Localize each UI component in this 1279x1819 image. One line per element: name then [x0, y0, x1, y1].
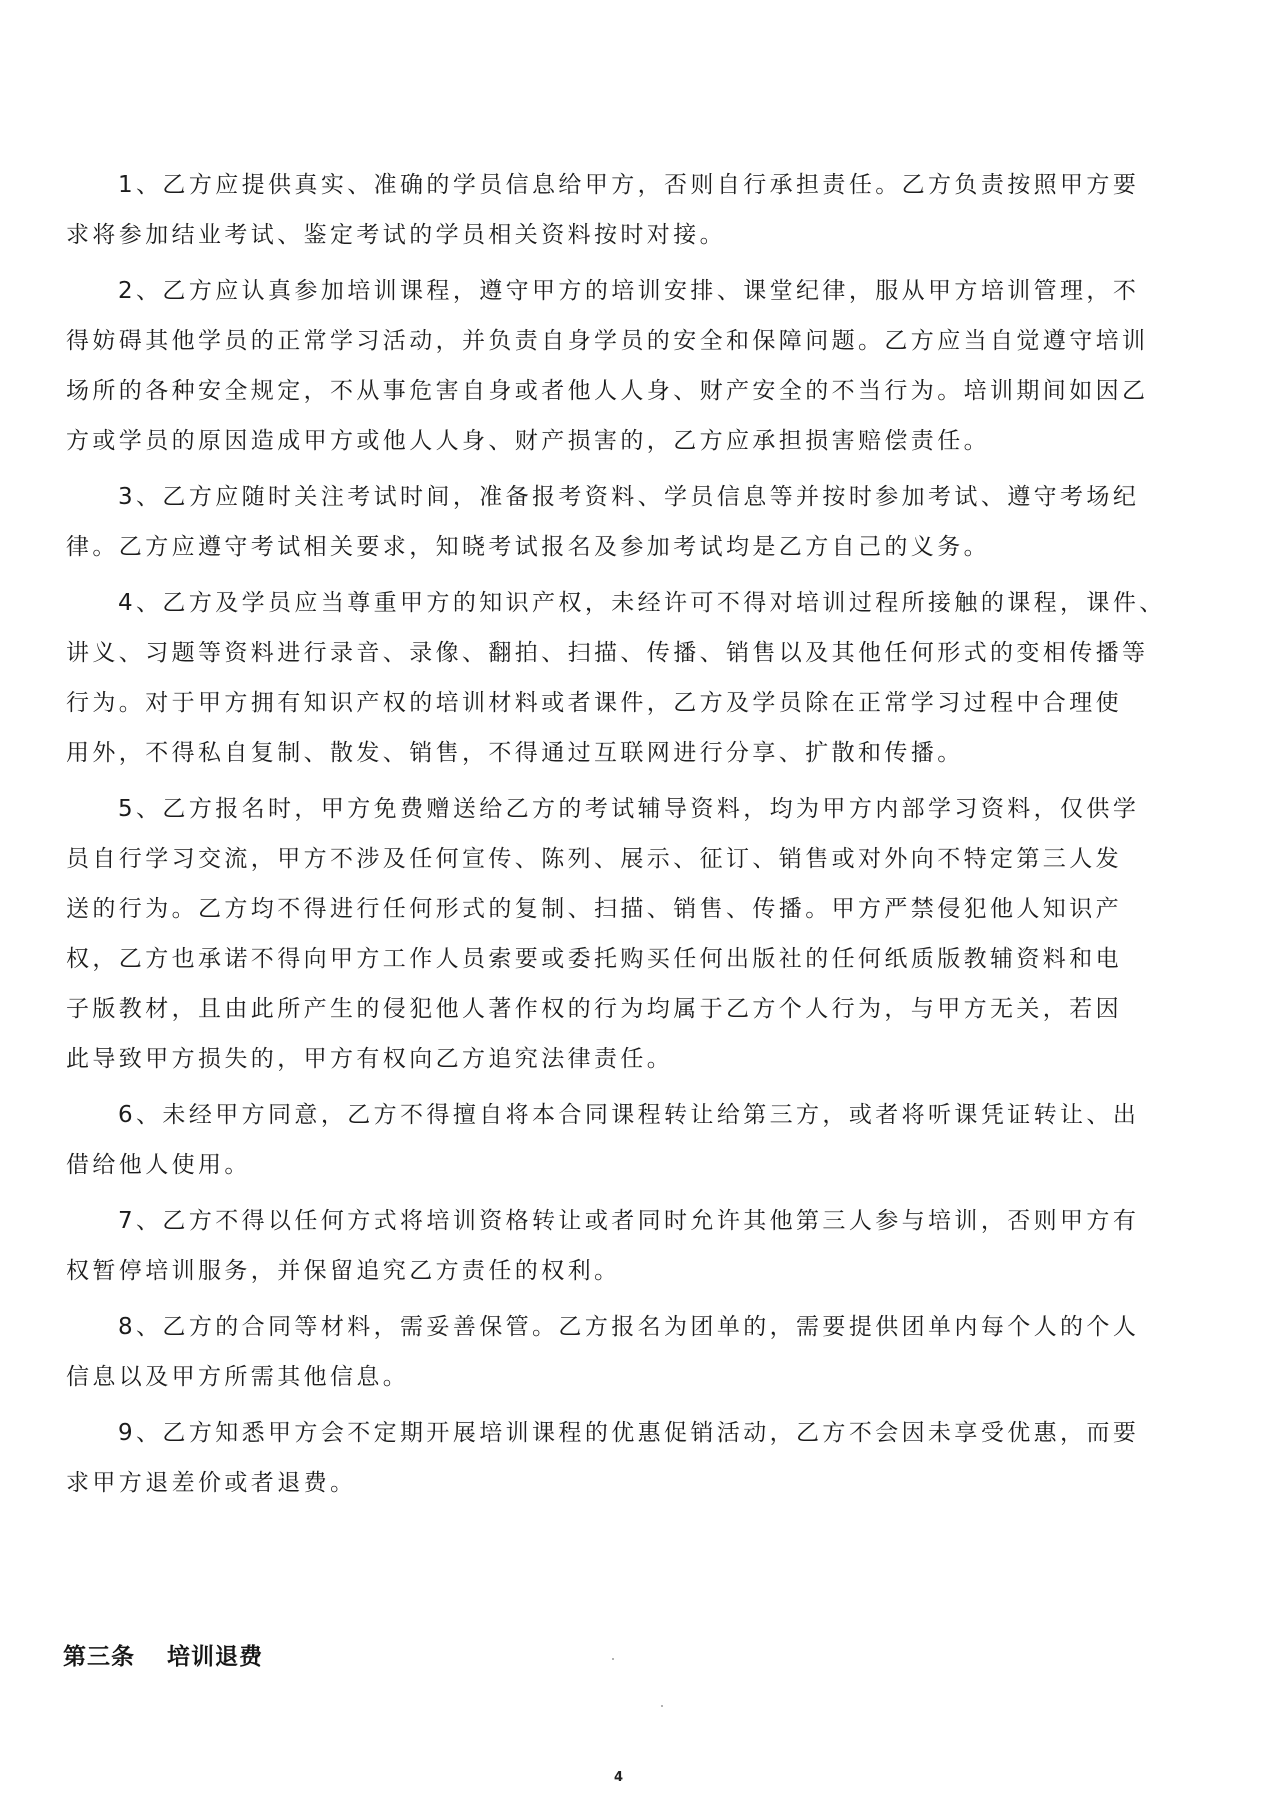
- clause-line: 4、乙方及学员应当尊重甲方的知识产权，未经许可不得对培训过程所接触的课程，课件、: [66, 578, 1156, 628]
- scan-speck: [612, 1658, 614, 1660]
- section-title: 培训退费: [167, 1644, 263, 1670]
- clause-line: 求将参加结业考试、鉴定考试的学员相关资料按时对接。: [66, 210, 1156, 260]
- clause-line: 场所的各种安全规定，不从事危害自身或者他人人身、财产安全的不当行为。培训期间如因…: [66, 366, 1156, 416]
- clause-line: 权暂停培训服务，并保留追究乙方责任的权利。: [66, 1246, 1156, 1296]
- clause-line: 借给他人使用。: [66, 1140, 1156, 1190]
- clause-1: 1、乙方应提供真实、准确的学员信息给甲方，否则自行承担责任。乙方负责按照甲方要 …: [66, 160, 1156, 260]
- clause-6: 6、未经甲方同意，乙方不得擅自将本合同课程转让给第三方，或者将听课凭证转让、出 …: [66, 1090, 1156, 1190]
- page-number: 4: [614, 1770, 623, 1785]
- document-page: 1、乙方应提供真实、准确的学员信息给甲方，否则自行承担责任。乙方负责按照甲方要 …: [0, 0, 1279, 1819]
- clause-line: 5、乙方报名时，甲方免费赠送给乙方的考试辅导资料，均为甲方内部学习资料，仅供学: [66, 784, 1156, 834]
- clause-2: 2、乙方应认真参加培训课程，遵守甲方的培训安排、课堂纪律，服从甲方培训管理，不 …: [66, 266, 1156, 466]
- clause-line: 得妨碍其他学员的正常学习活动，并负责自身学员的安全和保障问题。乙方应当自觉遵守培…: [66, 316, 1156, 366]
- clause-line: 用外，不得私自复制、散发、销售，不得通过互联网进行分享、扩散和传播。: [66, 728, 1156, 778]
- clause-line: 7、乙方不得以任何方式将培训资格转让或者同时允许其他第三人参与培训，否则甲方有: [66, 1196, 1156, 1246]
- clause-line: 方或学员的原因造成甲方或他人人身、财产损害的，乙方应承担损害赔偿责任。: [66, 416, 1156, 466]
- clause-line: 员自行学习交流，甲方不涉及任何宣传、陈列、展示、征订、销售或对外向不特定第三人发: [66, 834, 1156, 884]
- clause-line: 信息以及甲方所需其他信息。: [66, 1352, 1156, 1402]
- clause-line: 讲义、习题等资料进行录音、录像、翻拍、扫描、传播、销售以及其他任何形式的变相传播…: [66, 628, 1156, 678]
- clause-4: 4、乙方及学员应当尊重甲方的知识产权，未经许可不得对培训过程所接触的课程，课件、…: [66, 578, 1156, 778]
- clause-line: 8、乙方的合同等材料，需妥善保管。乙方报名为团单的，需要提供团单内每个人的个人: [66, 1302, 1156, 1352]
- scan-speck: [661, 1705, 663, 1707]
- section-heading: 第三条培训退费: [63, 1638, 263, 1671]
- clause-line: 律。乙方应遵守考试相关要求，知晓考试报名及参加考试均是乙方自己的义务。: [66, 522, 1156, 572]
- clause-line: 6、未经甲方同意，乙方不得擅自将本合同课程转让给第三方，或者将听课凭证转让、出: [66, 1090, 1156, 1140]
- clause-line: 2、乙方应认真参加培训课程，遵守甲方的培训安排、课堂纪律，服从甲方培训管理，不: [66, 266, 1156, 316]
- clause-line: 3、乙方应随时关注考试时间，准备报考资料、学员信息等并按时参加考试、遵守考场纪: [66, 472, 1156, 522]
- clause-line: 求甲方退差价或者退费。: [66, 1458, 1156, 1508]
- clause-9: 9、乙方知悉甲方会不定期开展培训课程的优惠促销活动，乙方不会因未享受优惠，而要 …: [66, 1408, 1156, 1508]
- clause-line: 9、乙方知悉甲方会不定期开展培训课程的优惠促销活动，乙方不会因未享受优惠，而要: [66, 1408, 1156, 1458]
- section-article-number: 第三条: [63, 1644, 135, 1670]
- clause-line: 送的行为。乙方均不得进行任何形式的复制、扫描、销售、传播。甲方严禁侵犯他人知识产: [66, 884, 1156, 934]
- clause-line: 权，乙方也承诺不得向甲方工作人员索要或委托购买任何出版社的任何纸质版教辅资料和电: [66, 934, 1156, 984]
- clause-line: 1、乙方应提供真实、准确的学员信息给甲方，否则自行承担责任。乙方负责按照甲方要: [66, 160, 1156, 210]
- clause-3: 3、乙方应随时关注考试时间，准备报考资料、学员信息等并按时参加考试、遵守考场纪 …: [66, 472, 1156, 572]
- clause-line: 此导致甲方损失的，甲方有权向乙方追究法律责任。: [66, 1034, 1156, 1084]
- clause-list: 1、乙方应提供真实、准确的学员信息给甲方，否则自行承担责任。乙方负责按照甲方要 …: [66, 160, 1156, 1514]
- clause-line: 行为。对于甲方拥有知识产权的培训材料或者课件，乙方及学员除在正常学习过程中合理使: [66, 678, 1156, 728]
- clause-7: 7、乙方不得以任何方式将培训资格转让或者同时允许其他第三人参与培训，否则甲方有 …: [66, 1196, 1156, 1296]
- clause-line: 子版教材，且由此所产生的侵犯他人著作权的行为均属于乙方个人行为，与甲方无关，若因: [66, 984, 1156, 1034]
- clause-8: 8、乙方的合同等材料，需妥善保管。乙方报名为团单的，需要提供团单内每个人的个人 …: [66, 1302, 1156, 1402]
- clause-5: 5、乙方报名时，甲方免费赠送给乙方的考试辅导资料，均为甲方内部学习资料，仅供学 …: [66, 784, 1156, 1084]
